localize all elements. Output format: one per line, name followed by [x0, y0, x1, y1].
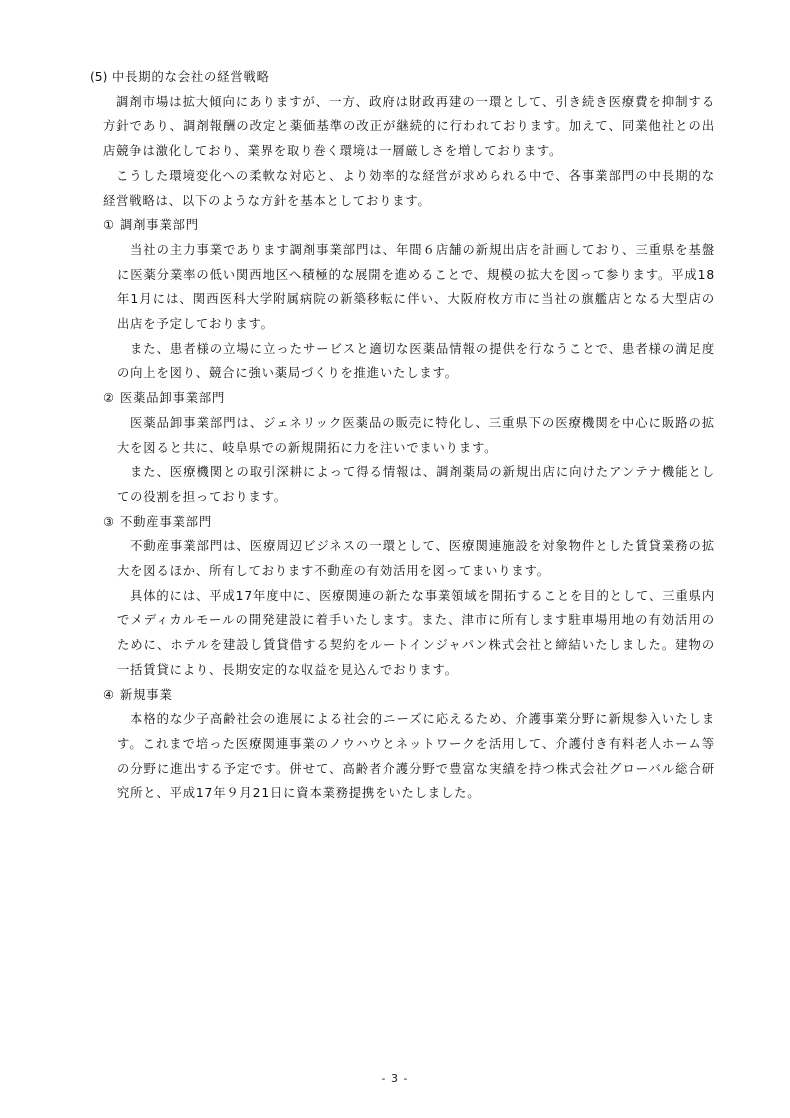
item-title: 医薬品卸事業部門 — [120, 391, 225, 405]
item-heading-dispensing: ①調剤事業部門 — [90, 213, 715, 238]
section-paragraph: こうした環境変化への柔軟な対応と、より効率的な経営が求められる中で、各事業部門の… — [90, 164, 715, 213]
item-heading-real-estate: ③不動産事業部門 — [90, 510, 715, 535]
item-number: ④ — [103, 683, 120, 708]
item-heading-wholesale: ②医薬品卸事業部門 — [90, 386, 715, 411]
item-title: 不動産事業部門 — [120, 515, 212, 529]
item-paragraph: 本格的な少子高齢社会の進展による社会的ニーズに応えるため、介護事業分野に新規参入… — [90, 707, 715, 806]
document-page: (5)中長期的な会社の経営戦略 調剤市場は拡大傾向にありますが、一方、政府は財政… — [0, 0, 790, 1118]
item-title: 調剤事業部門 — [120, 218, 199, 232]
page-number: - 3 - — [0, 1072, 790, 1085]
item-heading-new-business: ④新規事業 — [90, 683, 715, 708]
item-number: ① — [103, 213, 120, 238]
section-number: (5) — [90, 65, 112, 90]
item-number: ② — [103, 386, 120, 411]
item-paragraph: 具体的には、平成17年度中に、医療関連の新たな事業領域を開拓することを目的として… — [90, 584, 715, 683]
item-paragraph: 不動産事業部門は、医療周辺ビジネスの一環として、医療関連施設を対象物件とした賃貸… — [90, 534, 715, 583]
section-paragraph: 調剤市場は拡大傾向にありますが、一方、政府は財政再建の一環として、引き続き医療費… — [90, 90, 715, 164]
item-title: 新規事業 — [120, 688, 173, 702]
item-paragraph: また、医療機関との取引深耕によって得る情報は、調剤薬局の新規出店に向けたアンテナ… — [90, 460, 715, 509]
section-heading: (5)中長期的な会社の経営戦略 — [90, 65, 715, 90]
page-content: (5)中長期的な会社の経営戦略 調剤市場は拡大傾向にありますが、一方、政府は財政… — [90, 65, 715, 806]
item-paragraph: 当社の主力事業であります調剤事業部門は、年間６店舗の新規出店を計画しており、三重… — [90, 238, 715, 337]
item-number: ③ — [103, 510, 120, 535]
item-paragraph: また、患者様の立場に立ったサービスと適切な医薬品情報の提供を行なうことで、患者様… — [90, 337, 715, 386]
section-title: 中長期的な会社の経営戦略 — [112, 70, 270, 84]
item-paragraph: 医薬品卸事業部門は、ジェネリック医薬品の販売に特化し、三重県下の医療機関を中心に… — [90, 411, 715, 460]
